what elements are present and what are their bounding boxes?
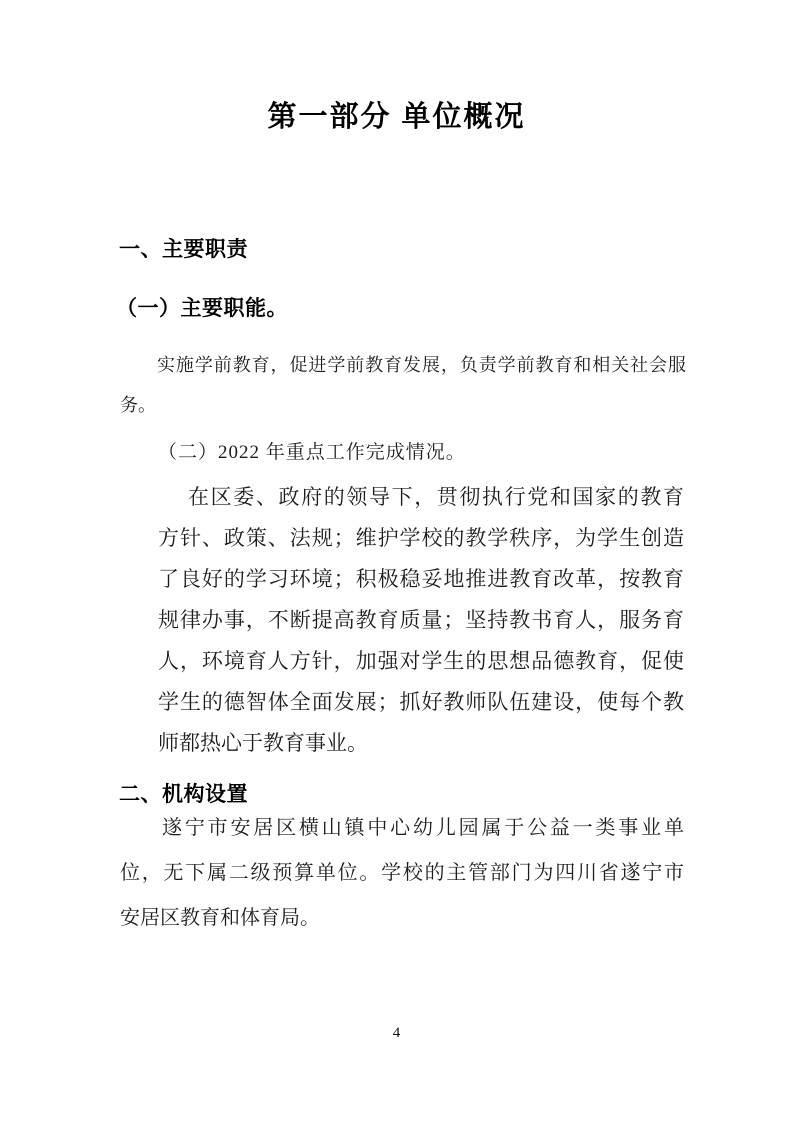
document-page: 第一部分 单位概况 一、主要职责 （一）主要职能。 实施学前教育，促进学前教育发… xyxy=(0,0,793,1122)
subsection-heading-main-functions: （一）主要职能。 xyxy=(116,295,288,322)
paragraph-line: 师都热心于教育事业。 xyxy=(158,723,684,764)
paragraph-2022-key-work: 在区委、政府的领导下，贯彻执行党和国家的教育 方针、政策、法规；维护学校的教学秩… xyxy=(158,477,684,764)
paragraph-line: 在区委、政府的领导下，贯彻执行党和国家的教育 xyxy=(158,477,684,518)
section-heading-main-duties: 一、主要职责 xyxy=(119,236,248,263)
paragraph-line: 规律办事，不断提高教育质量；坚持教书育人，服务育 xyxy=(158,600,684,641)
paragraph-line: 安居区教育和体育局。 xyxy=(120,896,684,941)
paragraph-line: 务。 xyxy=(120,385,686,425)
paragraph-organization-setup: 遂宁市安居区横山镇中心幼儿园属于公益一类事业单 位，无下属二级预算单位。学校的主… xyxy=(120,806,684,941)
paragraph-line: 遂宁市安居区横山镇中心幼儿园属于公益一类事业单 xyxy=(120,806,684,851)
page-number: 4 xyxy=(0,1023,793,1043)
page-title: 第一部分 单位概况 xyxy=(0,99,793,135)
paragraph-line: 实施学前教育，促进学前教育发展，负责学前教育和相关社会服 xyxy=(120,345,686,385)
section-heading-organization-setup: 二、机构设置 xyxy=(119,781,248,808)
paragraph-main-functions: 实施学前教育，促进学前教育发展，负责学前教育和相关社会服 务。 xyxy=(120,345,686,425)
paragraph-line: 人，环境育人方针，加强对学生的思想品德教育，促使 xyxy=(158,641,684,682)
subsection-heading-2022-key-work: （二）2022 年重点工作完成情况。 xyxy=(120,438,686,467)
paragraph-line: 位，无下属二级预算单位。学校的主管部门为四川省遂宁市 xyxy=(120,851,684,896)
paragraph-line: 学生的德智体全面发展；抓好教师队伍建设，使每个教 xyxy=(158,682,684,723)
paragraph-line: 了良好的学习环境；积极稳妥地推进教育改革，按教育 xyxy=(158,559,684,600)
paragraph-line: 方针、政策、法规；维护学校的教学秩序，为学生创造 xyxy=(158,518,684,559)
